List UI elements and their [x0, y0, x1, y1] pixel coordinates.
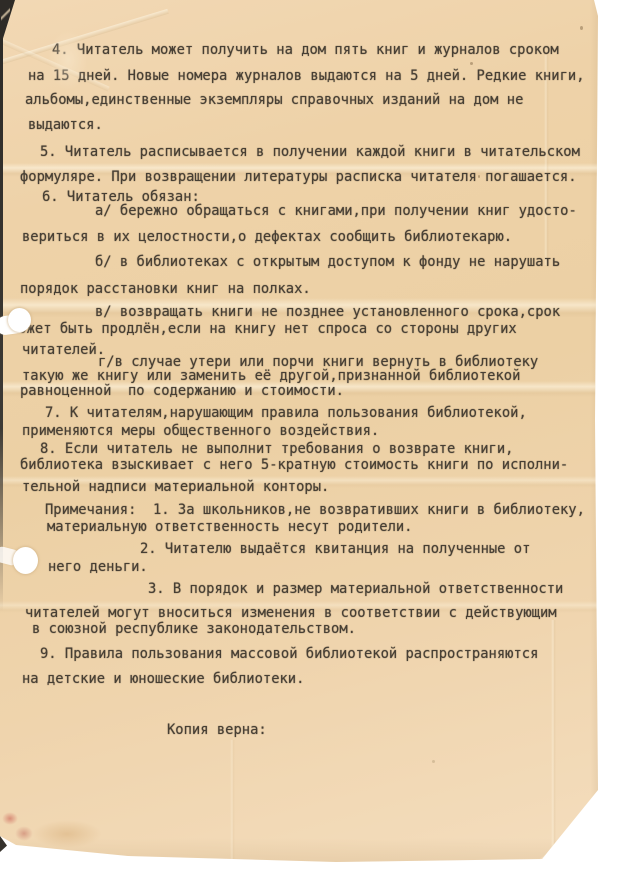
text-line: 8. Если читатель не выполнит требования … [40, 441, 513, 458]
scan-corner-mark [1, 6, 10, 22]
document-page: 4. Читатель может получить на дом пять к… [0, 0, 600, 864]
text-line: выдаются. [28, 117, 103, 134]
text-line: Копия верна: [167, 722, 267, 739]
text-line: материальную ответственность несут родит… [47, 519, 412, 536]
text-line: порядок расстановки книг на полках. [20, 281, 311, 298]
stain [2, 812, 18, 825]
text-line: в/ возвращать книги не позднее установле… [95, 304, 560, 321]
text-line: 2. Читателю выдаётся квитанция на получе… [140, 541, 530, 558]
dust-speck [470, 62, 473, 65]
text-line: него деньги. [48, 559, 148, 576]
text-line: 9. Правила пользования массовой библиоте… [40, 646, 538, 663]
text-line: читателей. [22, 342, 105, 359]
text-line: а/ бережно обращаться с книгами,при полу… [95, 203, 577, 220]
text-line: на 15 дней. Новые номера журналов выдают… [28, 68, 585, 85]
text-line: б/ в библиотеках с открытым доступом к ф… [95, 254, 560, 271]
text-line: Примечания: 1. За школьников,не возврати… [45, 502, 585, 519]
text-line: библиотека взыскивает с него 5-кратную с… [20, 457, 568, 474]
scan-edge-shadow [0, 0, 3, 612]
scan-background: 4. Читатель может получить на дом пять к… [0, 0, 640, 880]
text-line: вериться в их целостности,о дефектах соо… [22, 229, 512, 246]
text-line: 3. В порядок и размер материальной ответ… [148, 581, 563, 598]
text-line: в союзной республике законодательством. [32, 621, 356, 638]
punch-hole [13, 547, 38, 574]
stain [32, 820, 102, 848]
dust-speck [432, 760, 435, 763]
dust-speck [478, 175, 480, 178]
text-line: равноценной по содержанию и стоимости. [20, 383, 344, 400]
text-line: альбомы,единственные экземпляры справочн… [25, 92, 523, 109]
stain [15, 826, 33, 841]
text-line: 5. Читатель расписывается в получении ка… [40, 144, 580, 161]
text-line: 4. Читатель может получить на дом пять к… [52, 42, 559, 59]
document-text: 4. Читатель может получить на дом пять к… [0, 0, 600, 864]
text-line: тельной надписи материальной конторы. [22, 479, 329, 496]
punch-hole [8, 308, 31, 332]
dust-speck [580, 26, 583, 30]
stain [48, 30, 88, 90]
text-line: может быть продлён,если на книгу нет спр… [10, 321, 517, 338]
text-line: 7. К читателям,нарушающим правила пользо… [45, 405, 527, 422]
text-line: применяются меры общественного воздейств… [22, 423, 379, 440]
text-line: формуляре. При возвращении литературы ра… [20, 169, 577, 186]
text-line: на детские и юношеские библиотеки. [22, 671, 304, 688]
text-line: читателей могут вноситься изменения в со… [25, 605, 557, 622]
